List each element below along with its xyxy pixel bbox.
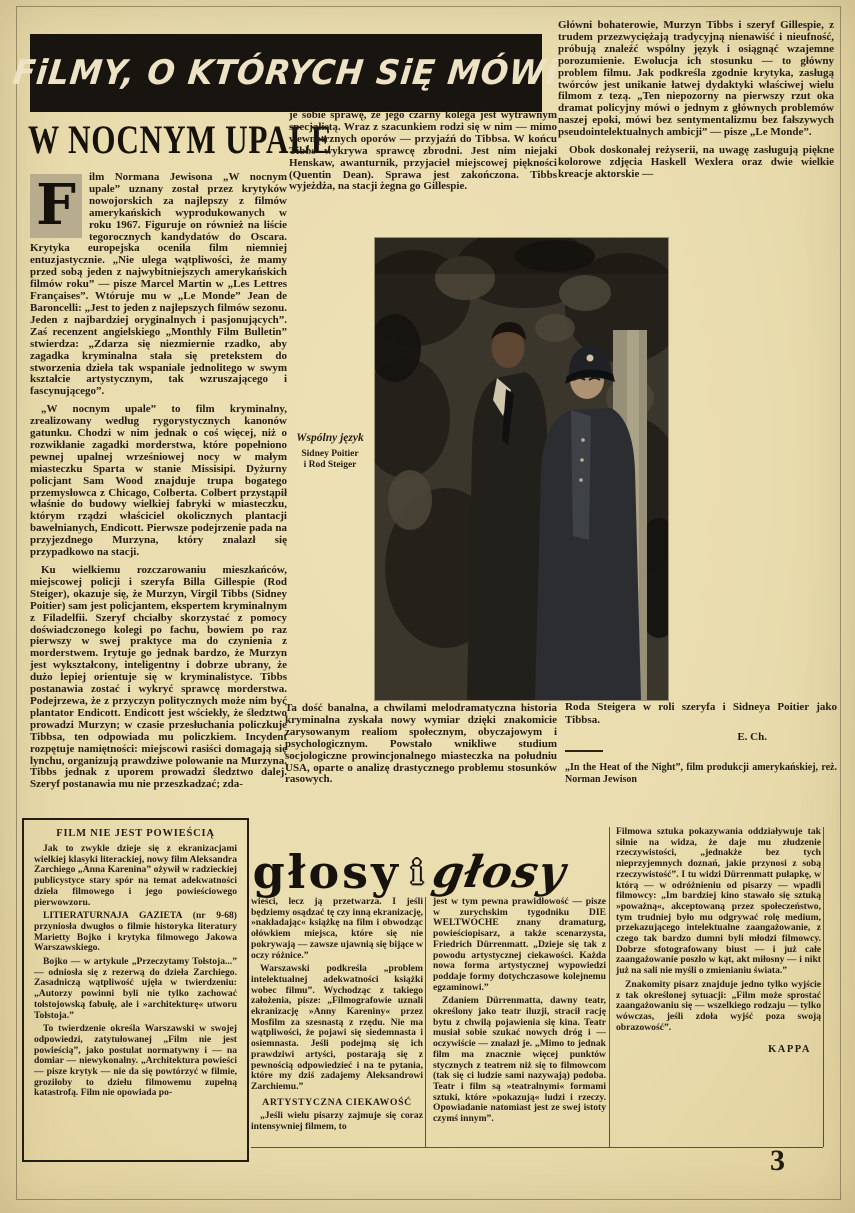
glosy-column-1: wieści, lecz ją przetwarza. I jeśli będz… (251, 897, 423, 1136)
photo-caption-right: Roda Steigera w roli szeryfa i Sidneya P… (565, 701, 837, 743)
glosy-subhead: ARTYSTYCZNA CIEKAWOŚĆ (251, 1098, 423, 1109)
review-summary: Ta dość banalna, a chwilami melodramatyc… (285, 703, 557, 792)
article-column-2: je sobie sprawę, że jego czarny kolega j… (289, 110, 557, 199)
paragraph: Ku wielkiemu rozczarowaniu mieszkańców, … (30, 565, 287, 791)
review-signature: E. Ch. (565, 731, 837, 743)
paragraph: „Jeśli wielu pisarzy zajmuje się coraz i… (251, 1111, 423, 1132)
drop-cap: F (30, 174, 82, 238)
masthead-title: FiLMY, O KTÓRYCH SiĘ MÓWi (12, 53, 561, 93)
box-article: FILM NIE JEST POWIEŚCIĄ Jak to zwykle dz… (22, 818, 249, 1162)
section-right-border (823, 827, 824, 1147)
paragraph: Ta dość banalna, a chwilami melodramatyc… (285, 703, 557, 786)
article-headline: W NOCNYM UPALE (28, 116, 332, 163)
film-still-photo (375, 238, 668, 700)
masthead-banner: FiLMY, O KTÓRYCH SiĘ MÓWi (30, 34, 542, 112)
caption-line: i Rod Steiger (290, 460, 370, 471)
box-article-title: FILM NIE JEST POWIEŚCIĄ (34, 828, 237, 839)
glosy-column-2: jest w tym pewna prawidłowość — pisze w … (433, 897, 606, 1128)
column-divider (425, 897, 426, 1147)
paragraph: je sobie sprawę, że jego czarny kolega j… (289, 110, 557, 193)
article-column-1: Film Normana Jewisona „W nocnym upale” u… (30, 172, 287, 797)
paragraph: Bojko — w artykule „Przeczytamy Tołstoja… (34, 957, 237, 1021)
caption-line: Sidney Poitier (290, 449, 370, 460)
paragraph: Filmowa sztuka pokazywania oddziaływuje … (616, 827, 821, 977)
glosy-word-3: głosy (428, 847, 569, 898)
paragraph: „W nocnym upale” to film kryminalny, zre… (30, 404, 287, 559)
paragraph: wieści, lecz ją przetwarza. I jeśli będz… (251, 897, 423, 961)
article-column-3: Główni bohaterowie, Murzyn Tibbs i szery… (558, 20, 834, 187)
caption-title: Wspólny język (290, 432, 370, 444)
kappa-signature: KAPPA (616, 1045, 821, 1056)
column-divider (609, 827, 610, 1147)
magazine-page: FiLMY, O KTÓRYCH SiĘ MÓWi W NOCNYM UPALE… (0, 0, 855, 1213)
section-bottom-border (251, 1147, 823, 1148)
caption-text: Roda Steigera w roli szeryfa i Sidneya P… (565, 701, 837, 727)
paragraph: jest w tym pewna prawidłowość — pisze w … (433, 897, 606, 993)
film-still-image (375, 238, 668, 700)
paragraph: Zdaniem Dürrenmatta, dawny teatr, określ… (433, 996, 606, 1124)
paragraph: Warszawski podkreśla „problem intelektua… (251, 964, 423, 1092)
photo-caption-left: Wspólny język Sidney Poitier i Rod Steig… (290, 432, 370, 471)
paragraph: Znakomity pisarz znajduje jedno tylko wy… (616, 980, 821, 1034)
divider-rule (565, 750, 603, 752)
paragraph: Film Normana Jewisona „W nocnym upale” u… (30, 172, 287, 398)
glosy-word-1: głosy (253, 845, 401, 899)
box-article-body: Jak to zwykle dzieje się z ekranizacjami… (34, 844, 237, 1099)
film-credit: „In the Heat of the Night”, film produkc… (565, 762, 837, 786)
paragraph: Obok doskonałej reżyserii, na uwagę zasł… (558, 145, 834, 181)
paragraph: Jak to zwykle dzieje się z ekranizacjami… (34, 844, 237, 908)
page-number: 3 (770, 1144, 785, 1178)
glosy-headline: głosy i głosy (253, 840, 565, 904)
paragraph: LITIERATURNAJA GAZIETA (nr 9-68) przynio… (34, 911, 237, 954)
paragraph: Główni bohaterowie, Murzyn Tibbs i szery… (558, 20, 834, 139)
glosy-word-2: i (411, 853, 423, 891)
paragraph: To twierdzenie określa Warszawski w swoj… (34, 1024, 237, 1099)
glosy-column-3: Filmowa sztuka pokazywania oddziaływuje … (616, 827, 821, 1056)
